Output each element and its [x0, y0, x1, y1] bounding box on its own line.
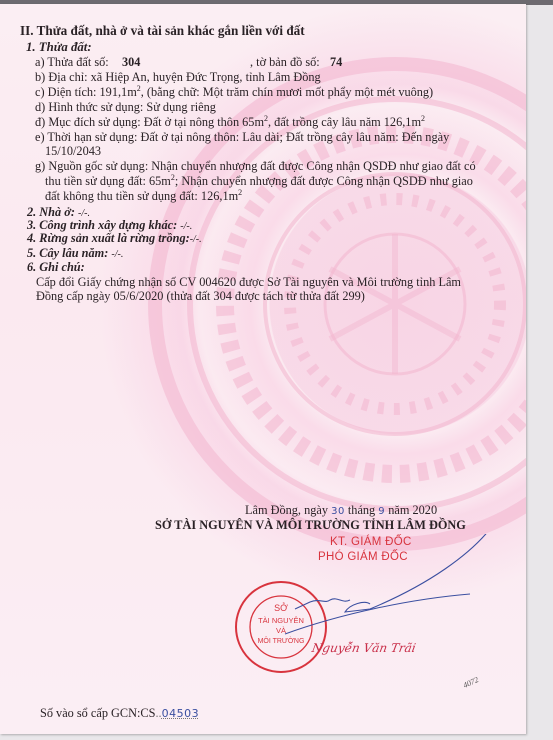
- origin-part-c: đất không thu tiền sử dụng đất: 126,1m: [45, 189, 238, 203]
- month-value: 9: [378, 506, 385, 517]
- day-value: 30: [331, 506, 345, 517]
- origin-part-a: thu tiền sử dụng đất: 65m: [45, 174, 171, 188]
- origin-line-3: đất không thu tiền sử dụng đất: 126,1m2: [45, 189, 242, 203]
- usage-term-line-1: e) Thời hạn sử dụng: Đất ở tại nông thôn…: [35, 130, 449, 144]
- perennial-value: -/-.: [111, 249, 123, 260]
- origin-line-1: g) Nguồn gốc sử dụng: Nhận chuyển nhượng…: [35, 159, 476, 173]
- usage-term-line-2: 15/10/2043: [45, 144, 101, 158]
- map-sheet-label: , tờ bản đồ số:: [250, 55, 320, 69]
- seal-text-4: MÔI TRƯỜNG: [258, 636, 305, 645]
- role-line-2: PHÓ GIÁM ĐỐC: [318, 550, 408, 564]
- notes-line-2: Đồng cấp ngày 05/6/2020 (thửa đất 304 đư…: [36, 289, 365, 303]
- parcel-number-label: a) Thửa đất số:: [35, 55, 109, 69]
- section-title: II. Thửa đất, nhà ở và tài sản khác gắn …: [20, 24, 305, 38]
- address-line: b) Địa chỉ: xã Hiệp An, huyện Đức Trọng,…: [35, 70, 321, 84]
- house-label: 2. Nhà ở:: [27, 205, 75, 219]
- issuing-agency: SỞ TÀI NGUYÊN VÀ MÔI TRƯỜNG TỈNH LÂM ĐỒN…: [155, 518, 466, 532]
- forest-row: 4. Rừng sản xuất là rừng trồng:-/-.: [27, 231, 202, 247]
- origin-line-2: thu tiền sử dụng đất: 65m2; Nhận chuyển …: [45, 174, 473, 188]
- registry-number: Số vào sổ cấp GCN:CS..04503: [40, 706, 199, 721]
- purpose-part-2: , đất trồng cây lâu năm 126,1m: [268, 115, 421, 129]
- handwritten-note: 4072: [461, 673, 481, 692]
- land-heading: 1. Thửa đất:: [26, 40, 92, 54]
- official-seal-icon: SỞ TÀI NGUYÊN VÀ MÔI TRƯỜNG: [233, 579, 329, 675]
- parcel-number-value: 304: [122, 55, 140, 69]
- superscript: 2: [421, 114, 425, 123]
- perennial-label: 5. Cây lâu năm:: [27, 246, 108, 260]
- seal-text-3: VÀ: [276, 626, 286, 635]
- origin-part-b: ; Nhận chuyển nhượng đất được Công nhận …: [175, 174, 473, 188]
- area-value: c) Diện tích: 191,1m: [35, 85, 137, 99]
- usage-purpose-line: đ) Mục đích sử dụng: Đất ở tại nông thôn…: [35, 115, 425, 129]
- usage-form-line: d) Hình thức sử dụng: Sử dụng riêng: [35, 100, 216, 114]
- certificate-page: II. Thửa đất, nhà ở và tài sản khác gắn …: [0, 4, 526, 734]
- superscript: 2: [238, 188, 242, 197]
- area-line: c) Diện tích: 191,1m2, (bằng chữ: Một tr…: [35, 85, 433, 99]
- signer-name: Nguyễn Văn Trãi: [311, 641, 417, 655]
- notes-line-1: Cấp đổi Giấy chứng nhận số CV 004620 đượ…: [36, 275, 461, 289]
- registry-label: Số vào sổ cấp GCN:CS: [40, 706, 155, 720]
- notes-label: 6. Ghi chú:: [27, 260, 85, 274]
- registry-value: 04503: [162, 707, 200, 720]
- role-line-1: KT. GIÁM ĐỐC: [330, 535, 412, 549]
- month-label: tháng: [348, 503, 375, 517]
- purpose-part-1: đ) Mục đích sử dụng: Đất ở tại nông thôn…: [35, 115, 264, 129]
- construction-label: 3. Công trình xây dựng khác:: [27, 218, 177, 232]
- seal-text-2: TÀI NGUYÊN: [258, 616, 304, 625]
- forest-value: -/-.: [190, 234, 202, 245]
- map-sheet-value: 74: [330, 55, 342, 69]
- date-prefix: Lâm Đồng, ngày: [245, 503, 328, 517]
- year-label: năm 2020: [388, 503, 437, 517]
- area-in-words: , (bằng chữ: Một trăm chín mươi mốt phẩy…: [141, 85, 433, 99]
- seal-text-1: SỞ: [274, 602, 288, 613]
- forest-label: 4. Rừng sản xuất là rừng trồng:: [27, 231, 190, 245]
- issue-date: Lâm Đồng, ngày 30 tháng 9 năm 2020: [245, 503, 437, 519]
